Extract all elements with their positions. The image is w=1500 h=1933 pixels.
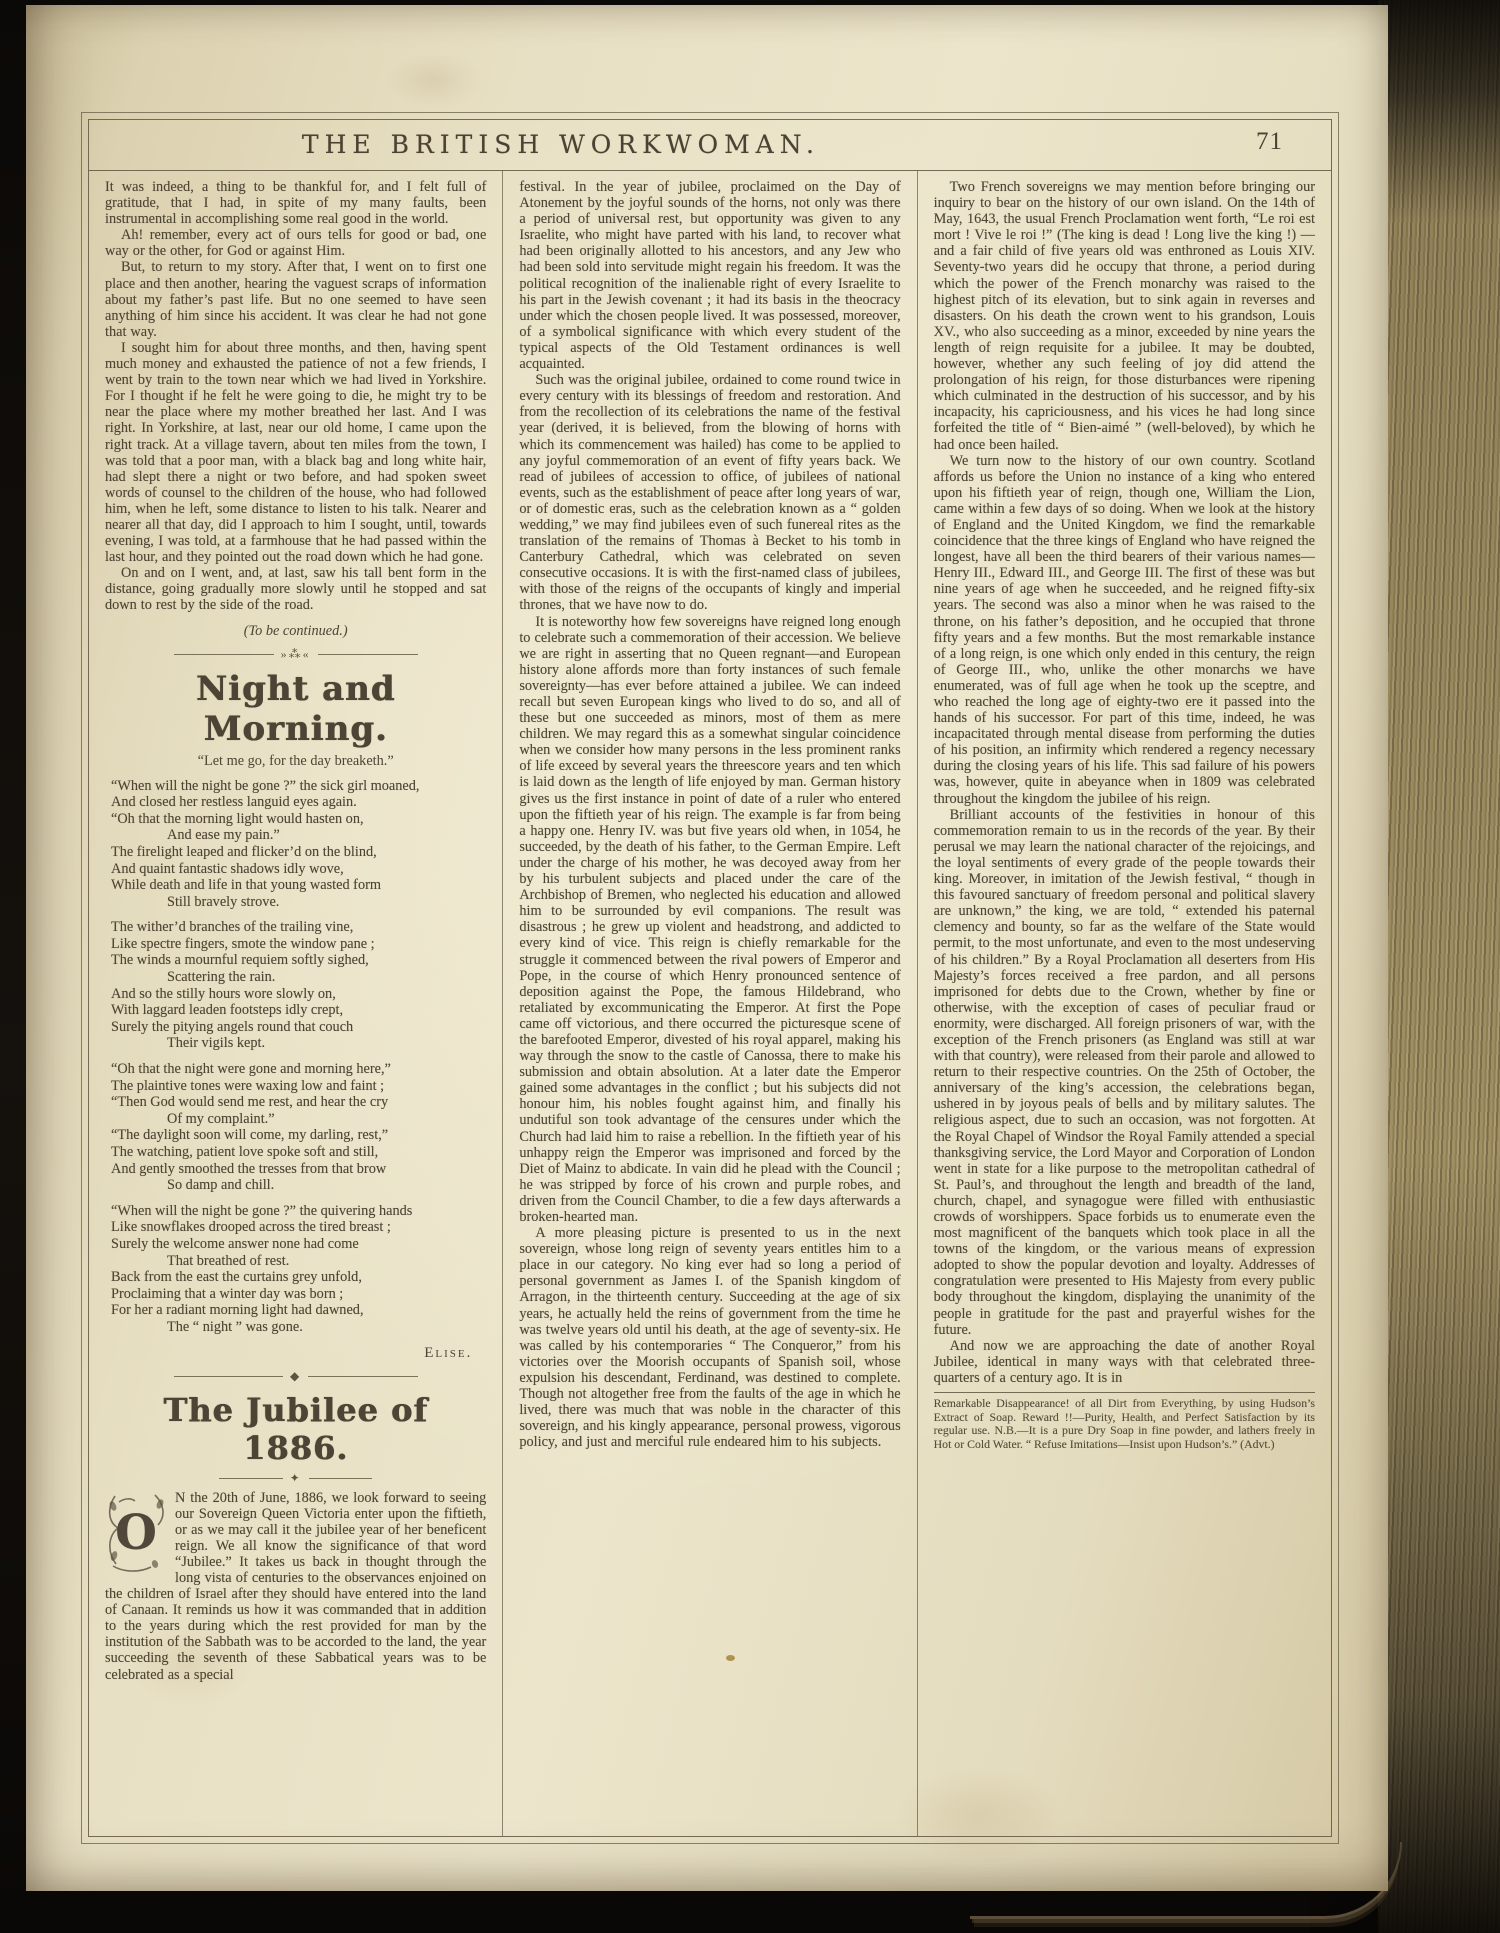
poem-line: The “ night ” was gone.: [111, 1319, 486, 1336]
page-border-frame: THE BRITISH WORKWOMAN. 71 It was indeed,…: [88, 119, 1332, 1837]
poem-line: So damp and chill.: [111, 1177, 486, 1194]
poem-line: The winds a mournful requiem softly sigh…: [111, 952, 486, 969]
poem-line: For her a radiant morning light had dawn…: [111, 1302, 486, 1319]
poem-line: Like spectre fingers, smote the window p…: [111, 936, 486, 953]
divider-glyph-icon: ✦: [283, 1471, 309, 1486]
divider-glyph-icon: ◆: [283, 1369, 308, 1384]
story-paragraph: It was indeed, a thing to be thankful fo…: [105, 179, 486, 227]
divider-ornament: ✦: [219, 1471, 372, 1486]
poem-line: “Then God would send me rest, and hear t…: [111, 1094, 486, 1111]
divider-glyph-icon: »⁂«: [274, 647, 318, 662]
text-columns: It was indeed, a thing to be thankful fo…: [89, 170, 1331, 1836]
ornate-initial-flourish-icon: O: [105, 1492, 167, 1574]
photographed-page: THE BRITISH WORKWOMAN. 71 It was indeed,…: [0, 0, 1500, 1933]
poem-line: “When will the night be gone ?” the sick…: [111, 778, 486, 795]
poem-line: Scattering the rain.: [111, 969, 486, 986]
poem-line: “Oh that the morning light would hasten …: [111, 811, 486, 828]
to-be-continued: (To be continued.): [105, 623, 486, 640]
ornate-initial: O: [105, 1492, 167, 1574]
poem-line: The plaintive tones were waxing low and …: [111, 1078, 486, 1095]
article-paragraph: Such was the original jubilee, ordained …: [519, 372, 900, 613]
poem-line: Proclaiming that a winter day was born ;: [111, 1286, 486, 1303]
poem-line: Back from the east the curtains grey unf…: [111, 1269, 486, 1286]
poem-line: Their vigils kept.: [111, 1035, 486, 1052]
poem-line: “When will the night be gone ?” the quiv…: [111, 1203, 486, 1220]
divider-ornament: ◆: [174, 1369, 418, 1384]
story-paragraph: On and on I went, and, at last, saw his …: [105, 565, 486, 613]
poem-line: And gently smoothed the tresses from tha…: [111, 1161, 486, 1178]
poem-line: And quaint fantastic shadows idly wove,: [111, 861, 486, 878]
poem-stanza: The wither’d branches of the trailing vi…: [111, 919, 486, 1052]
poem-line: And closed her restless languid eyes aga…: [111, 794, 486, 811]
column-middle: festival. In the year of jubilee, procla…: [502, 170, 916, 1836]
page-title: THE BRITISH WORKWOMAN.: [164, 130, 959, 159]
advert-text: Remarkable Disappearance! of all Dirt fr…: [934, 1397, 1315, 1451]
article-paragraph: It is noteworthy how few sovereigns have…: [519, 614, 900, 1226]
poem-title: Night and Morning.: [105, 669, 486, 749]
article-paragraph: Two French sovereigns we may mention bef…: [934, 179, 1315, 453]
poem-line: Like snowflakes drooped across the tired…: [111, 1219, 486, 1236]
advert-rule: [934, 1392, 1315, 1393]
poem-signature: Elise.: [105, 1345, 486, 1362]
poem-line: Of my complaint.”: [111, 1111, 486, 1128]
article-paragraph: And now we are approaching the date of a…: [934, 1338, 1315, 1386]
poem-line: The wither’d branches of the trailing vi…: [111, 919, 486, 936]
poem-stanza: “When will the night be gone ?” the sick…: [111, 778, 486, 911]
story-paragraph: I sought him for about three months, and…: [105, 340, 486, 565]
article-paragraph: Brilliant accounts of the festivities in…: [934, 807, 1315, 1338]
page-number: 71: [1256, 128, 1283, 156]
story-paragraphs: It was indeed, a thing to be thankful fo…: [105, 179, 486, 614]
poem-line: And so the stilly hours wore slowly on,: [111, 986, 486, 1003]
poem-line: Surely the pitying angels round that cou…: [111, 1019, 486, 1036]
article-paragraph: festival. In the year of jubilee, procla…: [519, 179, 900, 372]
story-paragraph: But, to return to my story. After that, …: [105, 259, 486, 339]
page-header: THE BRITISH WORKWOMAN. 71: [89, 120, 1331, 171]
article-paragraph: We turn now to the history of our own co…: [934, 453, 1315, 807]
drop-cap-letter: O: [115, 1505, 157, 1561]
poem-line: Still bravely strove.: [111, 894, 486, 911]
poem-stanza: “Oh that the night were gone and morning…: [111, 1061, 486, 1194]
article-opening-paragraph: O N the 20th of June, 1886, we look forw…: [105, 1490, 486, 1683]
column-left: It was indeed, a thing to be thankful fo…: [89, 170, 502, 1836]
poem-epigraph: “Let me go, for the day breaketh.”: [105, 753, 486, 770]
poem-line: “The daylight soon will come, my darling…: [111, 1127, 486, 1144]
poem-line: The firelight leaped and flicker’d on th…: [111, 844, 486, 861]
right-paragraphs: Two French sovereigns we may mention bef…: [934, 179, 1315, 1386]
middle-paragraphs: festival. In the year of jubilee, procla…: [519, 179, 900, 1450]
magazine-page: THE BRITISH WORKWOMAN. 71 It was indeed,…: [26, 5, 1388, 1891]
story-paragraph: Ah! remember, every act of ours tells fo…: [105, 227, 486, 259]
poem-line: “Oh that the night were gone and morning…: [111, 1061, 486, 1078]
poem-line: And ease my pain.”: [111, 827, 486, 844]
column-right: Two French sovereigns we may mention bef…: [917, 170, 1331, 1836]
divider-ornament: »⁂«: [174, 647, 418, 662]
poem-line: With laggard leaden footsteps idly crept…: [111, 1002, 486, 1019]
poem-line: The watching, patient love spoke soft an…: [111, 1144, 486, 1161]
article-title: The Jubilee of 1886.: [105, 1391, 486, 1467]
poem-line: Surely the welcome answer none had come: [111, 1236, 486, 1253]
article-paragraph: A more pleasing picture is presented to …: [519, 1225, 900, 1450]
poem-line: That breathed of rest.: [111, 1253, 486, 1270]
poem-stanza: “When will the night be gone ?” the quiv…: [111, 1203, 486, 1336]
poem-line: While death and life in that young waste…: [111, 877, 486, 894]
